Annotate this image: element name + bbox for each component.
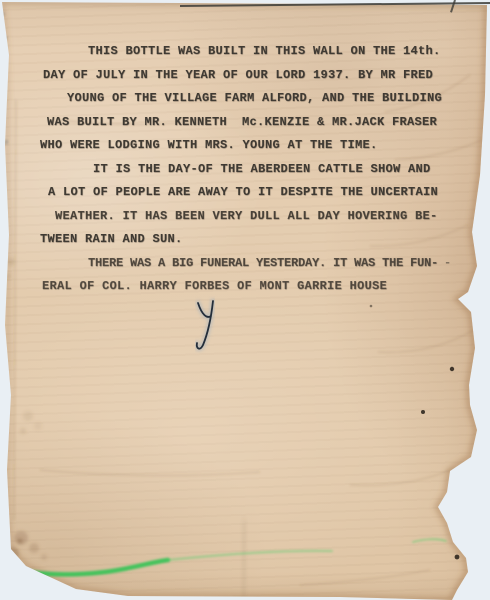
- paper-hole: [455, 555, 460, 560]
- scanned-note-photo: THIS BOTTLE WAS BUILT IN THIS WALL ON TH…: [0, 0, 490, 600]
- stain: [23, 411, 33, 421]
- stain: [7, 547, 19, 559]
- speckle: [1, 174, 5, 178]
- stain: [5, 273, 11, 279]
- typed-line: ERAL OF COL. HARRY FORBES OF MONT GARRIE…: [42, 275, 480, 299]
- typed-text-block: THIS BOTTLE WAS BUILT IN THIS WALL ON TH…: [40, 40, 480, 299]
- stain: [29, 543, 39, 553]
- speckle: [0, 66, 4, 70]
- stain: [34, 422, 42, 430]
- typed-line: A LOT OF PEOPLE ARE AWAY TO IT DESPITE T…: [48, 181, 480, 205]
- stain: [18, 539, 23, 544]
- crease-line: [242, 520, 246, 600]
- typed-line: TWEEN RAIN AND SUN.: [40, 228, 480, 252]
- typed-line: YOUNG OF THE VILLAGE FARM ALFORD, AND TH…: [67, 87, 480, 111]
- stray-typed-dash: -: [444, 252, 451, 276]
- typed-line: WEATHER. IT HAS BEEN VERY DULL ALL DAY H…: [55, 205, 480, 229]
- typed-line: THERE WAS A BIG FUNERAL YESTERDAY. IT WA…: [88, 252, 480, 276]
- speckle: [4, 140, 9, 145]
- crease-line: [40, 470, 260, 476]
- speckle: [3, 36, 8, 41]
- paper-hole: [450, 367, 454, 371]
- crease-line: [378, 330, 474, 352]
- typed-line: THIS BOTTLE WAS BUILT IN THIS WALL ON TH…: [88, 40, 480, 64]
- speckle: [1, 12, 5, 16]
- typed-line: WAS BUILT BY MR. KENNETH Mc.KENZIE & MR.…: [47, 111, 480, 135]
- typed-line: IT IS THE DAY-OF THE ABERDEEN CATTLE SHO…: [93, 158, 480, 182]
- crease-line: [14, 100, 16, 520]
- crease-line: [300, 570, 430, 585]
- speckle: [2, 100, 6, 104]
- stain: [7, 258, 15, 266]
- typed-line: DAY OF JULY IN THE YEAR OF OUR LORD 1937…: [43, 64, 480, 88]
- crease-line: [350, 468, 455, 485]
- green-crayon-marks: [5, 539, 446, 574]
- green-crayon-mark-left-fade: [168, 551, 332, 560]
- green-crayon-mark-right: [413, 539, 446, 542]
- handwritten-y-mark: [197, 301, 213, 349]
- stain: [20, 428, 26, 434]
- stain: [41, 554, 47, 560]
- typed-line: WHO WERE LODGING WITH MRS. YOUNG AT THE …: [40, 134, 480, 158]
- paper-hole: [370, 305, 373, 308]
- paper-hole: [421, 410, 425, 414]
- speckle: [0, 206, 4, 210]
- stain-spots: [5, 258, 47, 560]
- paper-sheet: THIS BOTTLE WAS BUILT IN THIS WALL ON TH…: [0, 0, 490, 600]
